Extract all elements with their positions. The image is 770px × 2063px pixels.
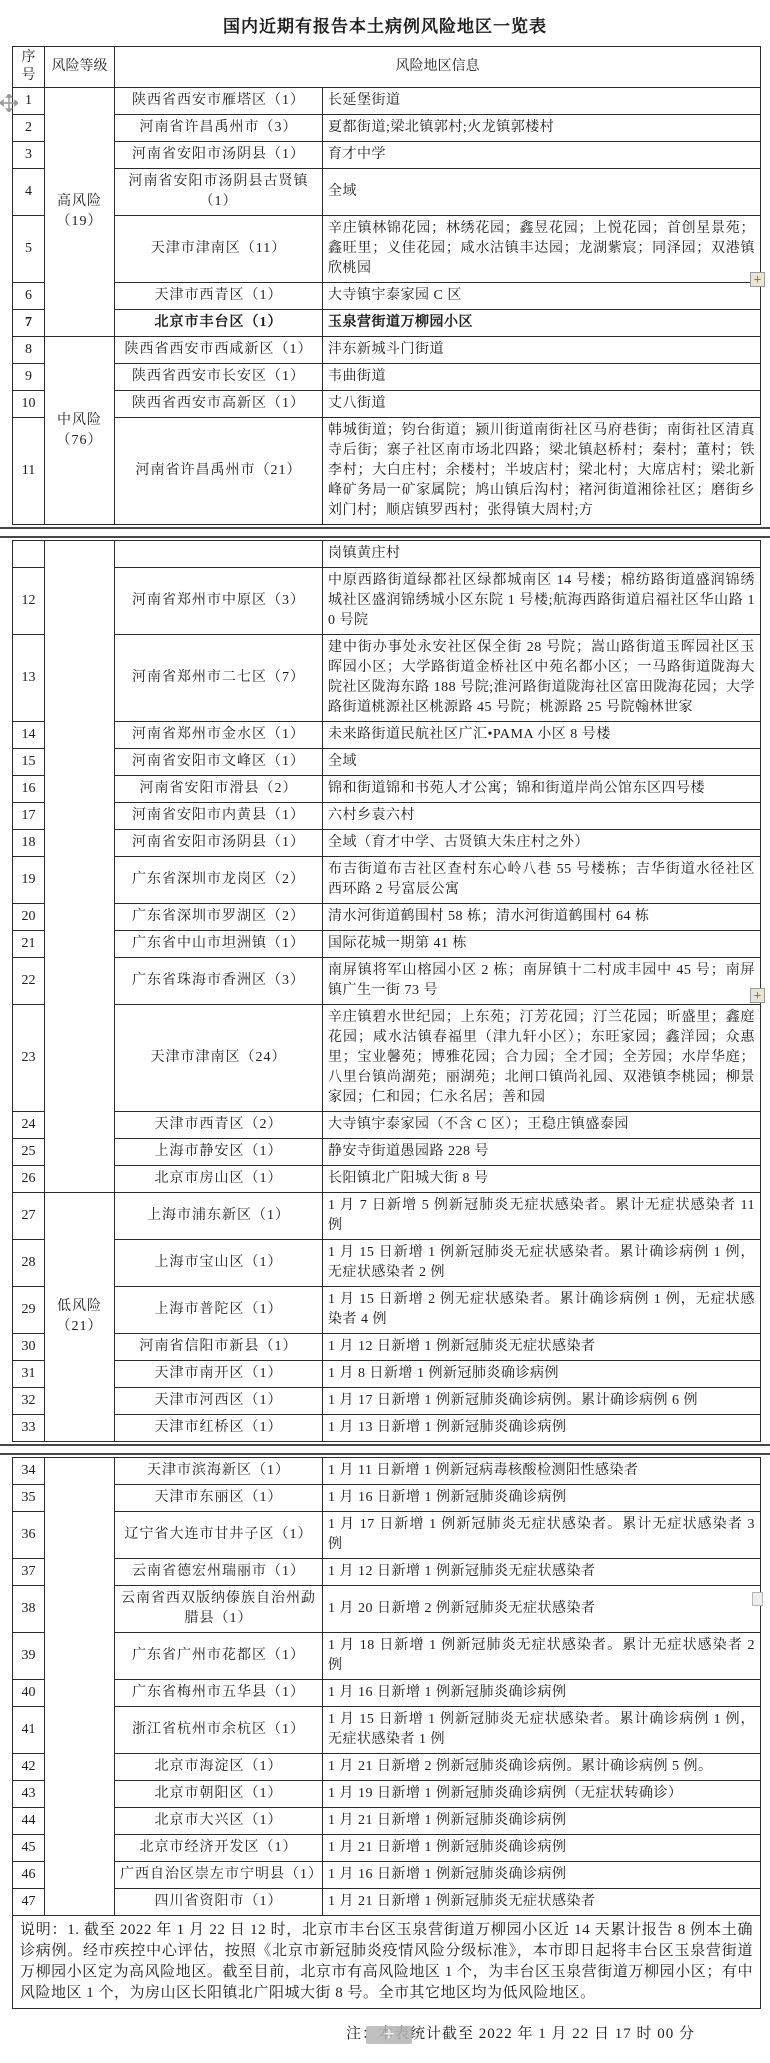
risk-info-cell: 1 月 12 日新增 1 例新冠肺炎无症状感染者 (323, 1559, 761, 1586)
risk-info-cell: 丈八街道 (323, 391, 761, 418)
risk-info-cell: 沣东新城斗门街道 (323, 337, 761, 364)
region-cell: 广东省中山市坦洲镇（1） (115, 931, 323, 958)
row-number-cell: 9 (13, 364, 45, 391)
risk-info-cell: 大寺镇宇泰家园 C 区 (323, 283, 761, 310)
table-row: 25上海市静安区（1）静安寺街道愚园路 228 号 (13, 1139, 761, 1166)
page-break-line-2 (0, 1444, 770, 1455)
risk-level-label: 中风险 (50, 411, 109, 431)
risk-table-segment-2: 岗镇黄庄村12河南省郑州市中原区（3）中原西路街道绿都社区绿都城南区 14 号楼… (12, 540, 761, 1442)
region-cell: 河南省安阳市滑县（2） (115, 776, 323, 803)
row-number-cell: 37 (13, 1559, 45, 1586)
region-cell: 上海市浦东新区（1） (115, 1193, 323, 1240)
row-number-cell: 11 (13, 418, 45, 525)
risk-info-cell: 六村乡袁六村 (323, 803, 761, 830)
table-row: 21广东省中山市坦洲镇（1）国际花城一期第 41 栋 (13, 931, 761, 958)
table-row: 14河南省郑州市金水区（1）未来路街道民航社区广汇•PAMA 小区 8 号楼 (13, 722, 761, 749)
region-cell: 广东省梅州市五华县（1） (115, 1680, 323, 1707)
insert-row-plus-button[interactable]: + (750, 272, 765, 287)
table-row: 岗镇黄庄村 (13, 541, 761, 568)
row-number-cell: 36 (13, 1512, 45, 1559)
table-row: 18河南省安阳市汤阴县（1）全域（育才中学、古贤镇大朱庄村之外） (13, 830, 761, 857)
page-edge-mark (752, 1592, 763, 1606)
row-number-cell: 17 (13, 803, 45, 830)
region-cell: 天津市东丽区（1） (115, 1485, 323, 1512)
table-row: 11河南省许昌禹州市（21）韩城街道；钧台街道；颍川街道南街社区马府巷街；南街社… (13, 418, 761, 525)
risk-info-cell: 全域 (323, 169, 761, 216)
risk-info-cell: 国际花城一期第 41 栋 (323, 931, 761, 958)
table-row: 30河南省信阳市新县（1）1 月 12 日新增 1 例新冠肺炎无症状感染者 (13, 1334, 761, 1361)
row-number-cell: 22 (13, 958, 45, 1005)
region-cell: 天津市津南区（11） (115, 216, 323, 283)
risk-info-cell: 1 月 11 日新增 1 例新冠病毒核酸检测阳性感染者 (323, 1458, 761, 1485)
region-cell: 广东省深圳市罗湖区（2） (115, 904, 323, 931)
region-cell: 河南省安阳市汤阴县（1） (115, 830, 323, 857)
risk-info-cell: 1 月 17 日新增 1 例新冠肺炎确诊病例。累计确诊病例 6 例 (323, 1388, 761, 1415)
risk-info-cell: 玉泉营街道万柳园小区 (323, 310, 761, 337)
row-number-cell: 44 (13, 1808, 45, 1835)
risk-info-cell: 韩城街道；钧台街道；颍川街道南街社区马府巷街；南街社区清真寺后街；寨子社区南市场… (323, 418, 761, 525)
row-number-cell: 10 (13, 391, 45, 418)
region-cell: 辽宁省大连市甘井子区（1） (115, 1512, 323, 1559)
table-row: 1高风险（19）陕西省西安市雁塔区（1）长延堡街道 (13, 88, 761, 115)
table-row: 26北京市房山区（1）长阳镇北广阳城大街 8 号 (13, 1166, 761, 1193)
table-row: 15河南省安阳市文峰区（1）全域 (13, 749, 761, 776)
risk-level-count: （76） (50, 431, 109, 451)
risk-info-cell: 1 月 21 日新增 2 例新冠肺炎确诊病例。累计确诊病例 5 例。 (323, 1754, 761, 1781)
table-row: 7北京市丰台区（1）玉泉营街道万柳园小区 (13, 310, 761, 337)
risk-info-cell: 锦和街道锦和书苑人才公寓；锦和街道岸尚公馆东区四号楼 (323, 776, 761, 803)
table-row: 35天津市东丽区（1）1 月 16 日新增 1 例新冠肺炎确诊病例 (13, 1485, 761, 1512)
table-row: 43北京市朝阳区（1）1 月 19 日新增 1 例新冠肺炎确诊病例（无症状转确诊… (13, 1781, 761, 1808)
region-cell: 河南省安阳市汤阴县（1） (115, 142, 323, 169)
row-number-cell (13, 541, 45, 568)
risk-level-cell: 低风险（21） (45, 1193, 115, 1442)
table-row: 19广东省深圳市龙岗区（2）布吉街道布吉社区查村东心岭八巷 55 号楼栋；吉华街… (13, 857, 761, 904)
region-cell: 天津市南开区（1） (115, 1361, 323, 1388)
row-number-cell: 40 (13, 1680, 45, 1707)
risk-info-cell: 1 月 20 日新增 2 例新冠肺炎无症状感染者 (323, 1586, 761, 1633)
row-number-cell: 21 (13, 931, 45, 958)
row-number-cell: 43 (13, 1781, 45, 1808)
row-number-cell: 19 (13, 857, 45, 904)
region-cell: 河南省许昌禹州市（21） (115, 418, 323, 525)
row-number-cell: 45 (13, 1835, 45, 1862)
explanation-note-cell: 说明：1. 截至 2022 年 1 月 22 日 12 时，北京市丰台区玉泉营街… (13, 1916, 761, 2009)
table-row: 2河南省许昌禹州市（3）夏都街道;梁北镇郭村;火龙镇郭楼村 (13, 115, 761, 142)
risk-info-cell: 韦曲街道 (323, 364, 761, 391)
row-number-cell: 31 (13, 1361, 45, 1388)
region-cell: 广西自治区崇左市宁明县（1） (115, 1862, 323, 1889)
region-cell: 天津市津南区（24） (115, 1005, 323, 1112)
table-row: 32天津市河西区（1）1 月 17 日新增 1 例新冠肺炎确诊病例。累计确诊病例… (13, 1388, 761, 1415)
page-break-line-1 (0, 527, 770, 538)
table-row: 28上海市宝山区（1）1 月 15 日新增 1 例新冠肺炎无症状感染者。累计确诊… (13, 1240, 761, 1287)
region-cell: 上海市普陀区（1） (115, 1287, 323, 1334)
table-row: 33天津市红桥区（1）1 月 13 日新增 1 例新冠肺炎确诊病例 (13, 1415, 761, 1442)
region-cell: 河南省安阳市汤阴县古贤镇（1） (115, 169, 323, 216)
table-row: 8中风险（76）陕西省西安市西咸新区（1）沣东新城斗门街道 (13, 337, 761, 364)
row-number-cell: 34 (13, 1458, 45, 1485)
region-cell: 河南省安阳市内黄县（1） (115, 803, 323, 830)
row-number-cell: 24 (13, 1112, 45, 1139)
table-row: 41浙江省杭州市余杭区（1）1 月 15 日新增 1 例新冠肺炎无症状感染者。累… (13, 1707, 761, 1754)
risk-info-cell: 南屏镇将军山榕园小区 2 栋；南屏镇十二村成丰园中 45 号；南屏镇广生一街 7… (323, 958, 761, 1005)
risk-info-cell: 1 月 8 日新增 1 例新冠肺炎确诊病例 (323, 1361, 761, 1388)
header-risk-info: 风险地区信息 (115, 47, 761, 88)
row-number-cell: 47 (13, 1889, 45, 1916)
region-cell: 四川省资阳市（1） (115, 1889, 323, 1916)
region-cell: 陕西省西安市高新区（1） (115, 391, 323, 418)
risk-info-cell: 长延堡街道 (323, 88, 761, 115)
risk-info-cell: 长阳镇北广阳城大街 8 号 (323, 1166, 761, 1193)
table-row: 47四川省资阳市（1）1 月 21 日新增 1 例新冠肺炎无症状感染者 (13, 1889, 761, 1916)
region-cell: 陕西省西安市长安区（1） (115, 364, 323, 391)
region-cell (115, 541, 323, 568)
row-number-cell: 38 (13, 1586, 45, 1633)
risk-info-cell: 大寺镇宇泰家园（不含 C 区）；王稳庄镇盛泰园 (323, 1112, 761, 1139)
table-row: 10陕西省西安市高新区（1）丈八街道 (13, 391, 761, 418)
page-title: 国内近期有报告本土病例风险地区一览表 (0, 0, 770, 37)
region-cell: 云南省德宏州瑞丽市（1） (115, 1559, 323, 1586)
table-row: 46广西自治区崇左市宁明县（1）1 月 16 日新增 1 例新冠肺炎确诊病例 (13, 1862, 761, 1889)
risk-info-cell: 夏都街道;梁北镇郭村;火龙镇郭楼村 (323, 115, 761, 142)
risk-level-count: （19） (50, 212, 109, 232)
row-number-cell: 29 (13, 1287, 45, 1334)
risk-info-cell: 布吉街道布吉社区查村东心岭八巷 55 号楼栋；吉华街道水径社区西环路 2 号富辰… (323, 857, 761, 904)
risk-level-cell (45, 1458, 115, 1916)
row-number-cell: 14 (13, 722, 45, 749)
table-row: 13河南省郑州市二七区（7）建中街办事处永安社区保全街 28 号院；嵩山路街道玉… (13, 635, 761, 722)
region-cell: 北京市丰台区（1） (115, 310, 323, 337)
region-cell: 浙江省杭州市余杭区（1） (115, 1707, 323, 1754)
table-row: 36辽宁省大连市甘井子区（1）1 月 17 日新增 1 例新冠肺炎无症状感染者。… (13, 1512, 761, 1559)
row-number-cell: 4 (13, 169, 45, 216)
table-row: 39广东省广州市花都区（1）1 月 18 日新增 1 例新冠肺炎无症状感染者。累… (13, 1633, 761, 1680)
row-number-cell: 15 (13, 749, 45, 776)
row-number-cell: 12 (13, 568, 45, 635)
risk-info-cell: 1 月 16 日新增 1 例新冠肺炎确诊病例 (323, 1680, 761, 1707)
risk-info-cell: 1 月 12 日新增 1 例新冠肺炎无症状感染者 (323, 1334, 761, 1361)
row-number-cell: 5 (13, 216, 45, 283)
risk-level-label: 高风险 (50, 192, 109, 212)
risk-info-cell: 全域 (323, 749, 761, 776)
row-number-cell: 20 (13, 904, 45, 931)
region-cell: 河南省安阳市文峰区（1） (115, 749, 323, 776)
risk-table-segment-3: 34天津市滨海新区（1）1 月 11 日新增 1 例新冠病毒核酸检测阳性感染者3… (12, 1457, 761, 2009)
table-row: 12河南省郑州市中原区（3）中原西路街道绿都社区绿都城南区 14 号楼；棉纺路街… (13, 568, 761, 635)
row-number-cell: 6 (13, 283, 45, 310)
risk-level-label: 低风险 (50, 1297, 109, 1317)
risk-info-cell: 1 月 21 日新增 1 例新冠肺炎无症状感染者 (323, 1889, 761, 1916)
table-row: 20广东省深圳市罗湖区（2）清水河街道鹤围村 58 栋；清水河街道鹤围村 64 … (13, 904, 761, 931)
risk-level-cell: 高风险（19） (45, 88, 115, 337)
risk-info-cell: 岗镇黄庄村 (323, 541, 761, 568)
row-number-cell: 39 (13, 1633, 45, 1680)
table-row: 23天津市津南区（24）辛庄镇碧水世纪园；上东苑；汀芳花园；汀兰花园；昕盛里；鑫… (13, 1005, 761, 1112)
risk-info-cell: 未来路街道民航社区广汇•PAMA 小区 8 号楼 (323, 722, 761, 749)
explanation-row: 说明：1. 截至 2022 年 1 月 22 日 12 时，北京市丰台区玉泉营街… (13, 1916, 761, 2009)
row-number-cell: 30 (13, 1334, 45, 1361)
table-row: 38云南省西双版纳傣族自治州勐腊县（1）1 月 20 日新增 2 例新冠肺炎无症… (13, 1586, 761, 1633)
row-number-cell: 41 (13, 1707, 45, 1754)
row-number-cell: 3 (13, 142, 45, 169)
table-row: 4河南省安阳市汤阴县古贤镇（1）全域 (13, 169, 761, 216)
row-number-cell: 25 (13, 1139, 45, 1166)
risk-info-cell: 1 月 21 日新增 1 例新冠肺炎确诊病例 (323, 1808, 761, 1835)
header-no: 序号 (13, 47, 45, 88)
row-number-cell: 2 (13, 115, 45, 142)
region-cell: 上海市宝山区（1） (115, 1240, 323, 1287)
risk-info-cell: 全域（育才中学、古贤镇大朱庄村之外） (323, 830, 761, 857)
region-cell: 北京市大兴区（1） (115, 1808, 323, 1835)
table-row: 37云南省德宏州瑞丽市（1）1 月 12 日新增 1 例新冠肺炎无症状感染者 (13, 1559, 761, 1586)
region-cell: 广东省珠海市香洲区（3） (115, 958, 323, 1005)
row-number-cell: 42 (13, 1754, 45, 1781)
insert-row-plus-button[interactable]: + (750, 988, 765, 1003)
risk-info-cell: 1 月 19 日新增 1 例新冠肺炎确诊病例（无症状转确诊） (323, 1781, 761, 1808)
risk-info-cell: 中原西路街道绿都社区绿都城南区 14 号楼；棉纺路街道盛润锦绣城社区盛润锦绣城小… (323, 568, 761, 635)
region-cell: 天津市红桥区（1） (115, 1415, 323, 1442)
risk-info-cell: 清水河街道鹤围村 58 栋；清水河街道鹤围村 64 栋 (323, 904, 761, 931)
table-row: 29上海市普陀区（1）1 月 15 日新增 2 例无症状感染者。累计确诊病例 1… (13, 1287, 761, 1334)
risk-info-cell: 育才中学 (323, 142, 761, 169)
risk-info-cell: 1 月 17 日新增 1 例新冠肺炎无症状感染者。累计无症状感染者 3 例 (323, 1512, 761, 1559)
table-move-handle-icon[interactable] (0, 94, 18, 112)
table-row: 16河南省安阳市滑县（2）锦和街道锦和书苑人才公寓；锦和街道岸尚公馆东区四号楼 (13, 776, 761, 803)
risk-info-cell: 1 月 16 日新增 1 例新冠肺炎确诊病例 (323, 1862, 761, 1889)
region-cell: 河南省许昌禹州市（3） (115, 115, 323, 142)
region-cell: 河南省郑州市中原区（3） (115, 568, 323, 635)
risk-info-cell: 辛庄镇林锦花园；林绣花园；鑫昱花园；上悦花园；首创星景苑；鑫旺里；义佳花园；咸水… (323, 216, 761, 283)
risk-info-cell: 1 月 16 日新增 1 例新冠肺炎确诊病例 (323, 1485, 761, 1512)
row-number-cell: 32 (13, 1388, 45, 1415)
region-cell: 河南省郑州市二七区（7） (115, 635, 323, 722)
risk-info-cell: 1 月 18 日新增 1 例新冠肺炎无症状感染者。累计无症状感染者 2 例 (323, 1633, 761, 1680)
region-cell: 天津市河西区（1） (115, 1388, 323, 1415)
row-number-cell: 23 (13, 1005, 45, 1112)
row-number-cell: 33 (13, 1415, 45, 1442)
region-cell: 北京市房山区（1） (115, 1166, 323, 1193)
region-cell: 广东省广州市花都区（1） (115, 1633, 323, 1680)
table-row: 3河南省安阳市汤阴县（1）育才中学 (13, 142, 761, 169)
row-number-cell: 28 (13, 1240, 45, 1287)
table-row: 34天津市滨海新区（1）1 月 11 日新增 1 例新冠病毒核酸检测阳性感染者 (13, 1458, 761, 1485)
region-cell: 河南省信阳市新县（1） (115, 1334, 323, 1361)
row-number-cell: 13 (13, 635, 45, 722)
risk-info-cell: 建中街办事处永安社区保全街 28 号院；嵩山路街道玉晖园社区玉晖园小区；大学路街… (323, 635, 761, 722)
risk-info-cell: 1 月 7 日新增 5 例新冠肺炎无症状感染者。累计无症状感染者 11 例 (323, 1193, 761, 1240)
header-risk-level: 风险等级 (45, 47, 115, 88)
row-number-cell: 16 (13, 776, 45, 803)
region-cell: 天津市西青区（2） (115, 1112, 323, 1139)
risk-info-cell: 1 月 21 日新增 1 例新冠肺炎确诊病例 (323, 1835, 761, 1862)
table-row: 6天津市西青区（1）大寺镇宇泰家园 C 区 (13, 283, 761, 310)
region-cell: 河南省郑州市金水区（1） (115, 722, 323, 749)
table-row: 9陕西省西安市长安区（1）韦曲街道 (13, 364, 761, 391)
region-cell: 陕西省西安市西咸新区（1） (115, 337, 323, 364)
table-row: 17河南省安阳市内黄县（1）六村乡袁六村 (13, 803, 761, 830)
document-page: { "title": "国内近期有报告本土病例风险地区一览表", "header… (0, 0, 770, 2063)
region-cell: 上海市静安区（1） (115, 1139, 323, 1166)
region-cell: 云南省西双版纳傣族自治州勐腊县（1） (115, 1586, 323, 1633)
table-row: 27低风险（21）上海市浦东新区（1）1 月 7 日新增 5 例新冠肺炎无症状感… (13, 1193, 761, 1240)
risk-info-cell: 1 月 15 日新增 2 例无症状感染者。累计确诊病例 1 例，无症状感染者 4… (323, 1287, 761, 1334)
risk-info-cell: 1 月 15 日新增 1 例新冠肺炎无症状感染者。累计确诊病例 1 例，无症状感… (323, 1240, 761, 1287)
table-row: 40广东省梅州市五华县（1）1 月 16 日新增 1 例新冠肺炎确诊病例 (13, 1680, 761, 1707)
table-row: 42北京市海淀区（1）1 月 21 日新增 2 例新冠肺炎确诊病例。累计确诊病例… (13, 1754, 761, 1781)
row-number-cell: 7 (13, 310, 45, 337)
risk-level-cell (45, 541, 115, 1193)
table-row: 44北京市大兴区（1）1 月 21 日新增 1 例新冠肺炎确诊病例 (13, 1808, 761, 1835)
row-number-cell: 46 (13, 1862, 45, 1889)
table-row: 31天津市南开区（1）1 月 8 日新增 1 例新冠肺炎确诊病例 (13, 1361, 761, 1388)
row-number-cell: 8 (13, 337, 45, 364)
row-number-cell: 27 (13, 1193, 45, 1240)
risk-table-segment-1: 序号 风险等级 风险地区信息 1高风险（19）陕西省西安市雁塔区（1）长延堡街道… (12, 46, 761, 525)
region-cell: 陕西省西安市雁塔区（1） (115, 88, 323, 115)
region-cell: 北京市朝阳区（1） (115, 1781, 323, 1808)
risk-level-count: （21） (50, 1317, 109, 1337)
table-row: 24天津市西青区（2）大寺镇宇泰家园（不含 C 区）；王稳庄镇盛泰园 (13, 1112, 761, 1139)
region-cell: 北京市海淀区（1） (115, 1754, 323, 1781)
risk-info-cell: 1 月 13 日新增 1 例新冠肺炎确诊病例 (323, 1415, 761, 1442)
row-number-cell: 18 (13, 830, 45, 857)
table-row: 22广东省珠海市香洲区（3）南屏镇将军山榕园小区 2 栋；南屏镇十二村成丰园中 … (13, 958, 761, 1005)
risk-info-cell: 1 月 15 日新增 1 例新冠肺炎无症状感染者。累计确诊病例 1 例，无症状感… (323, 1707, 761, 1754)
region-cell: 北京市经济开发区（1） (115, 1835, 323, 1862)
table-row: 5天津市津南区（11）辛庄镇林锦花园；林绣花园；鑫昱花园；上悦花园；首创星景苑；… (13, 216, 761, 283)
region-cell: 天津市滨海新区（1） (115, 1458, 323, 1485)
region-cell: 天津市西青区（1） (115, 283, 323, 310)
row-number-cell: 26 (13, 1166, 45, 1193)
row-number-cell: 35 (13, 1485, 45, 1512)
table-header-row: 序号 风险等级 风险地区信息 (13, 47, 761, 88)
risk-info-cell: 静安寺街道愚园路 228 号 (323, 1139, 761, 1166)
mouse-cursor-overlay: + (366, 2026, 412, 2044)
risk-level-cell: 中风险（76） (45, 337, 115, 525)
risk-info-cell: 辛庄镇碧水世纪园；上东苑；汀芳花园；汀兰花园；昕盛里；鑫庭花园；咸水沽镇春福里（… (323, 1005, 761, 1112)
region-cell: 广东省深圳市龙岗区（2） (115, 857, 323, 904)
table-row: 45北京市经济开发区（1）1 月 21 日新增 1 例新冠肺炎确诊病例 (13, 1835, 761, 1862)
